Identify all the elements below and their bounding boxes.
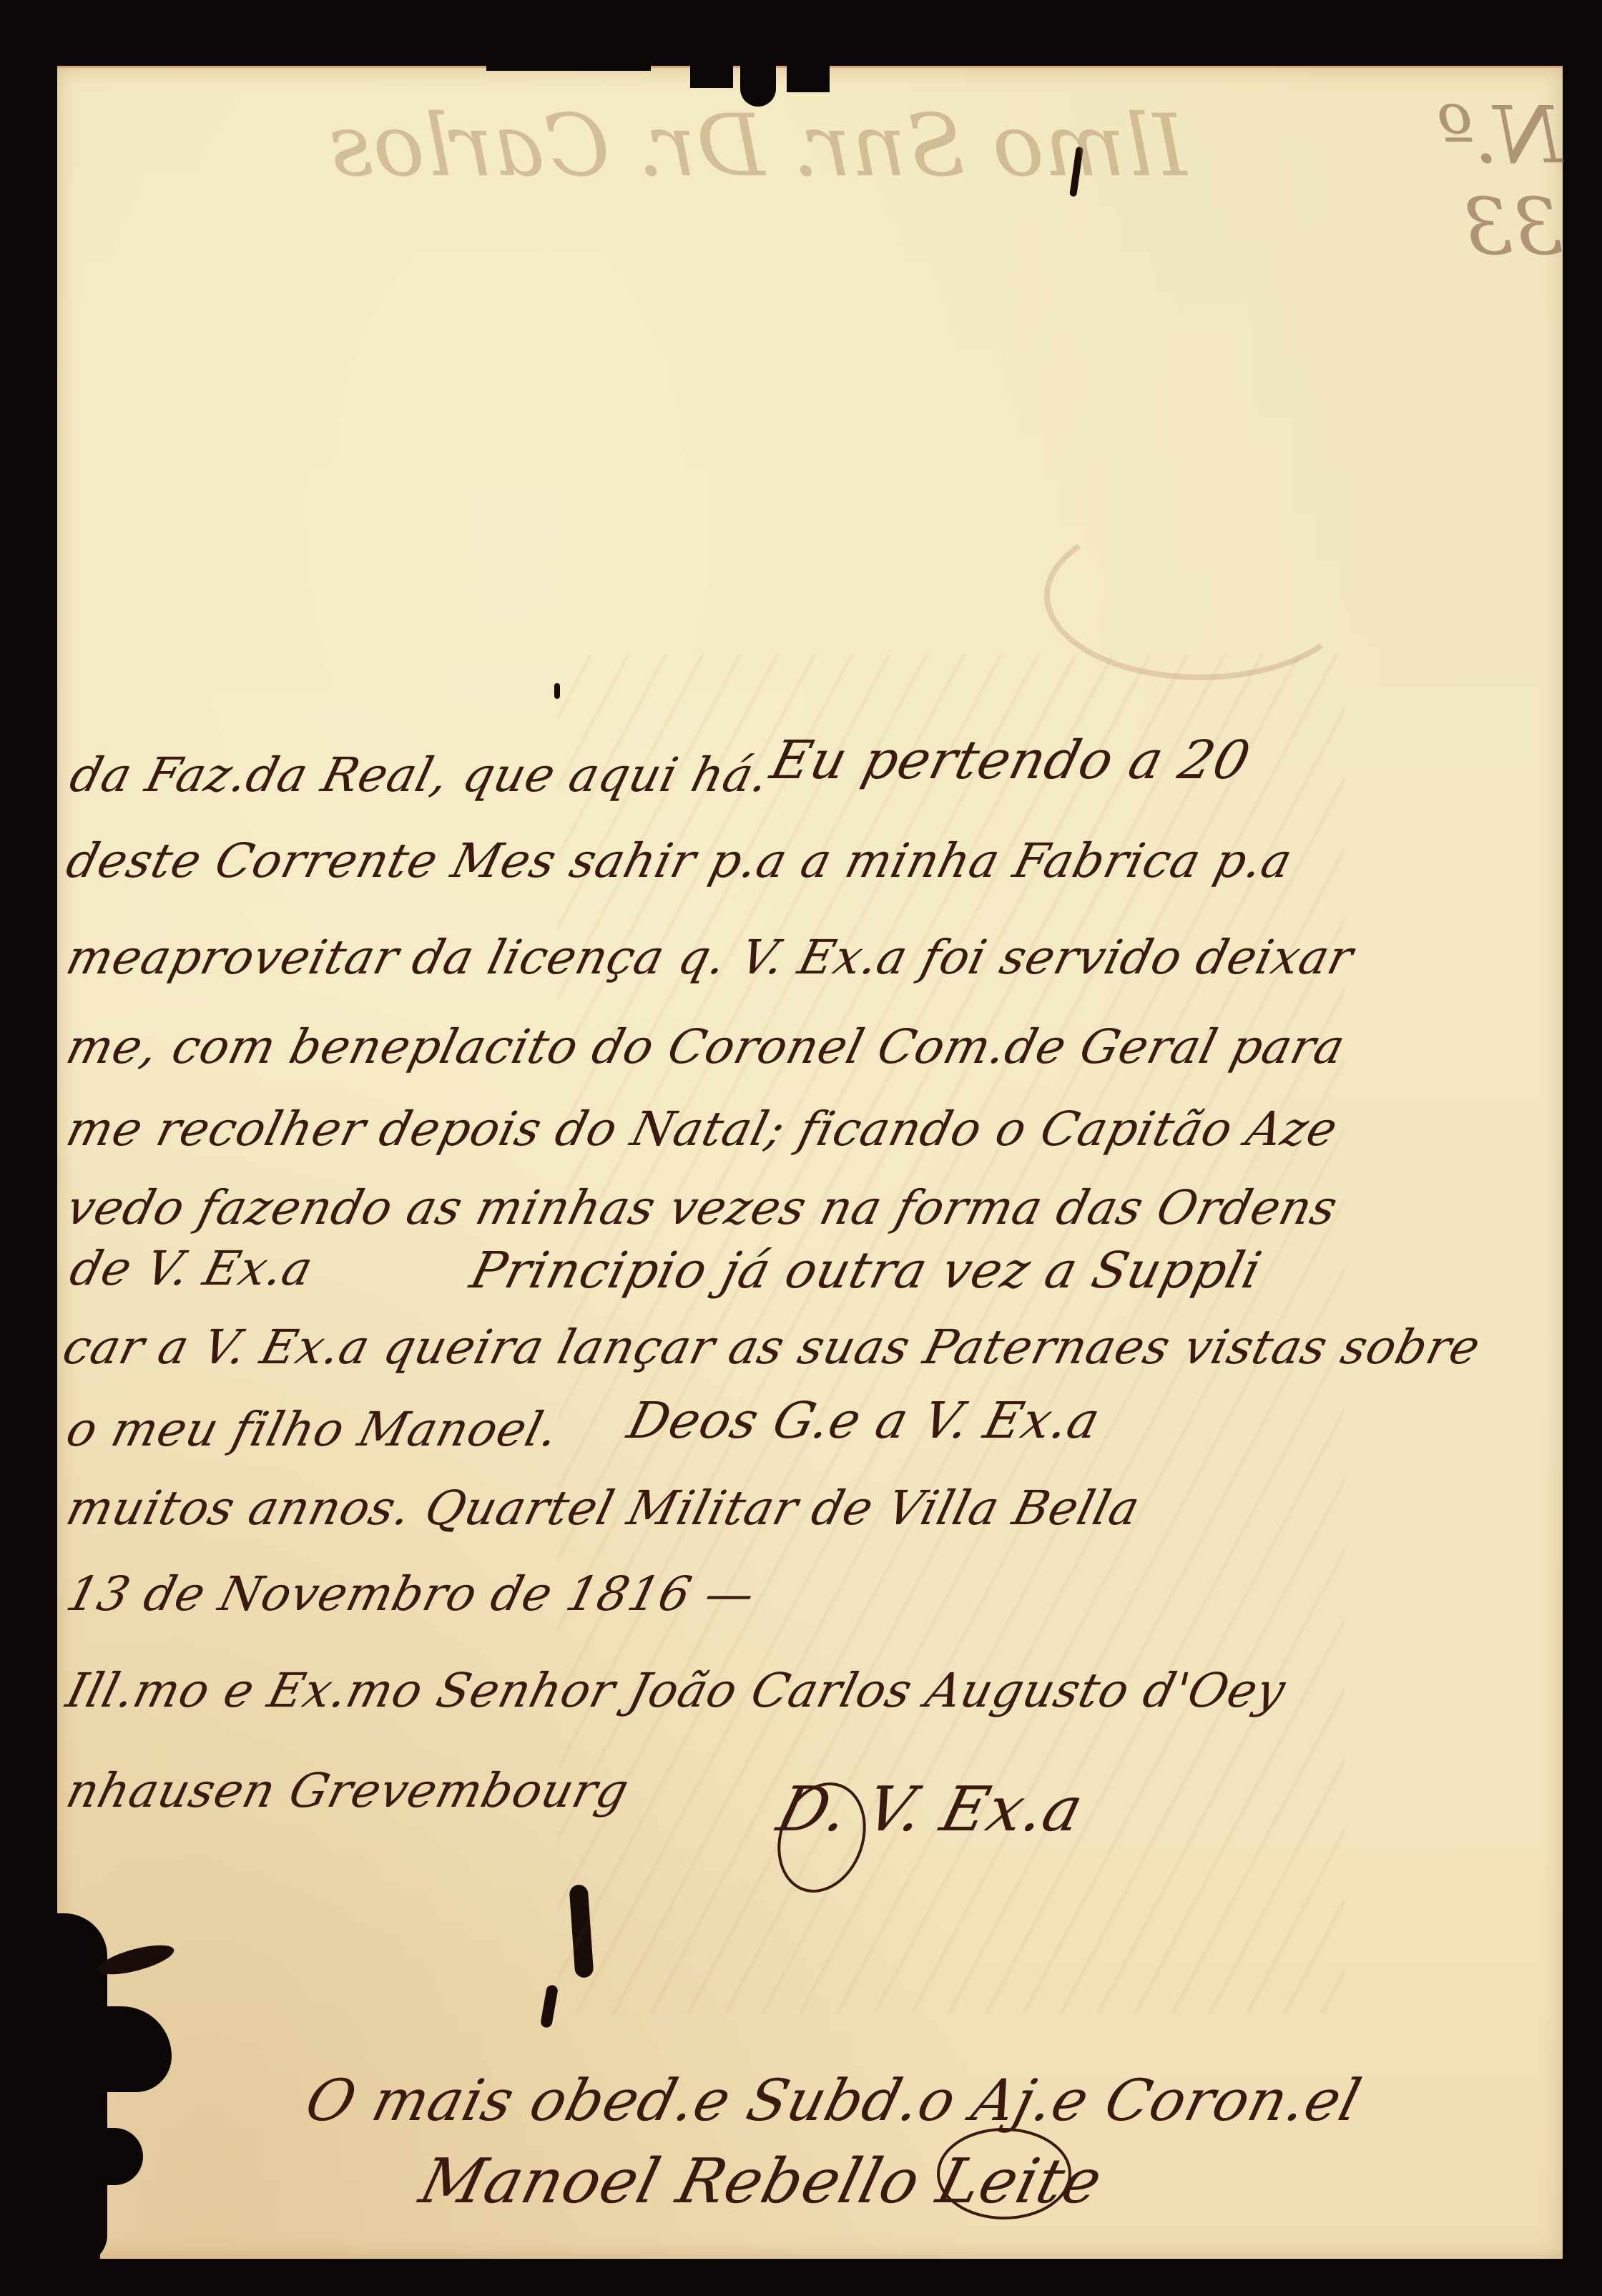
body-line-7: de V. Ex.a: [64, 1241, 318, 1296]
body-line-6: vedo fazendo as minhas vezes na forma da…: [61, 1180, 1343, 1235]
paper-tear: [690, 64, 733, 88]
date-line: 13 de Novembro de 1816 —: [61, 1566, 761, 1622]
bleed-through-folio: N.º 33: [1359, 89, 1563, 273]
body-line-8: car a V. Ex.a queira lançar as suas Pate…: [57, 1320, 1486, 1375]
body-line-5: me recolher depois do Natal; ficando o C…: [61, 1102, 1343, 1157]
paper-tear: [787, 64, 830, 92]
addressee-line-1: Ill.mo e Ex.mo Senhor João Carlos August…: [61, 1663, 1291, 1718]
ink-blot: [540, 1984, 559, 2028]
body-line-1b: Eu pertendo a 20: [765, 730, 1257, 791]
paper-damage: [50, 2006, 172, 2092]
body-line-7b: Principio já outra vez a Suppli: [465, 1241, 1268, 1300]
addressee-line-2: nhausen Grevembourg: [61, 1763, 634, 1818]
bleed-through-heading: Ilmo Snr. Dr. Carlos: [329, 97, 1187, 196]
ink-blot: [95, 1939, 177, 1980]
body-line-4: me, com beneplacito do Coronel Com.de Ge…: [61, 1019, 1350, 1074]
body-line-3: meaproveitar da licença q. V. Ex.a foi s…: [61, 930, 1359, 985]
manuscript-page: Ilmo Snr. Dr. Carlos N.º 33: [57, 66, 1563, 2259]
body-line-2: deste Corrente Mes sahir p.a a minha Fab…: [61, 833, 1298, 888]
closing-line: O mais obed.e Subd.o Aj.e Coron.el: [299, 2067, 1367, 2134]
body-line-9b: Deos G.e a V. Ex.a: [622, 1391, 1106, 1450]
paper-damage: [72, 2128, 143, 2185]
paper-tear: [486, 64, 651, 71]
paper-damage: [0, 2178, 100, 2264]
body-line-9: o meu filho Manoel.: [61, 1402, 564, 1457]
bleed-through-flourish: [1044, 511, 1356, 680]
signature-flourish: [937, 2128, 1071, 2219]
body-line-10: muitos annos. Quartel Militar de Villa B…: [61, 1481, 1145, 1536]
body-line-1: da Faz.da Real, que aqui há.: [64, 747, 775, 803]
